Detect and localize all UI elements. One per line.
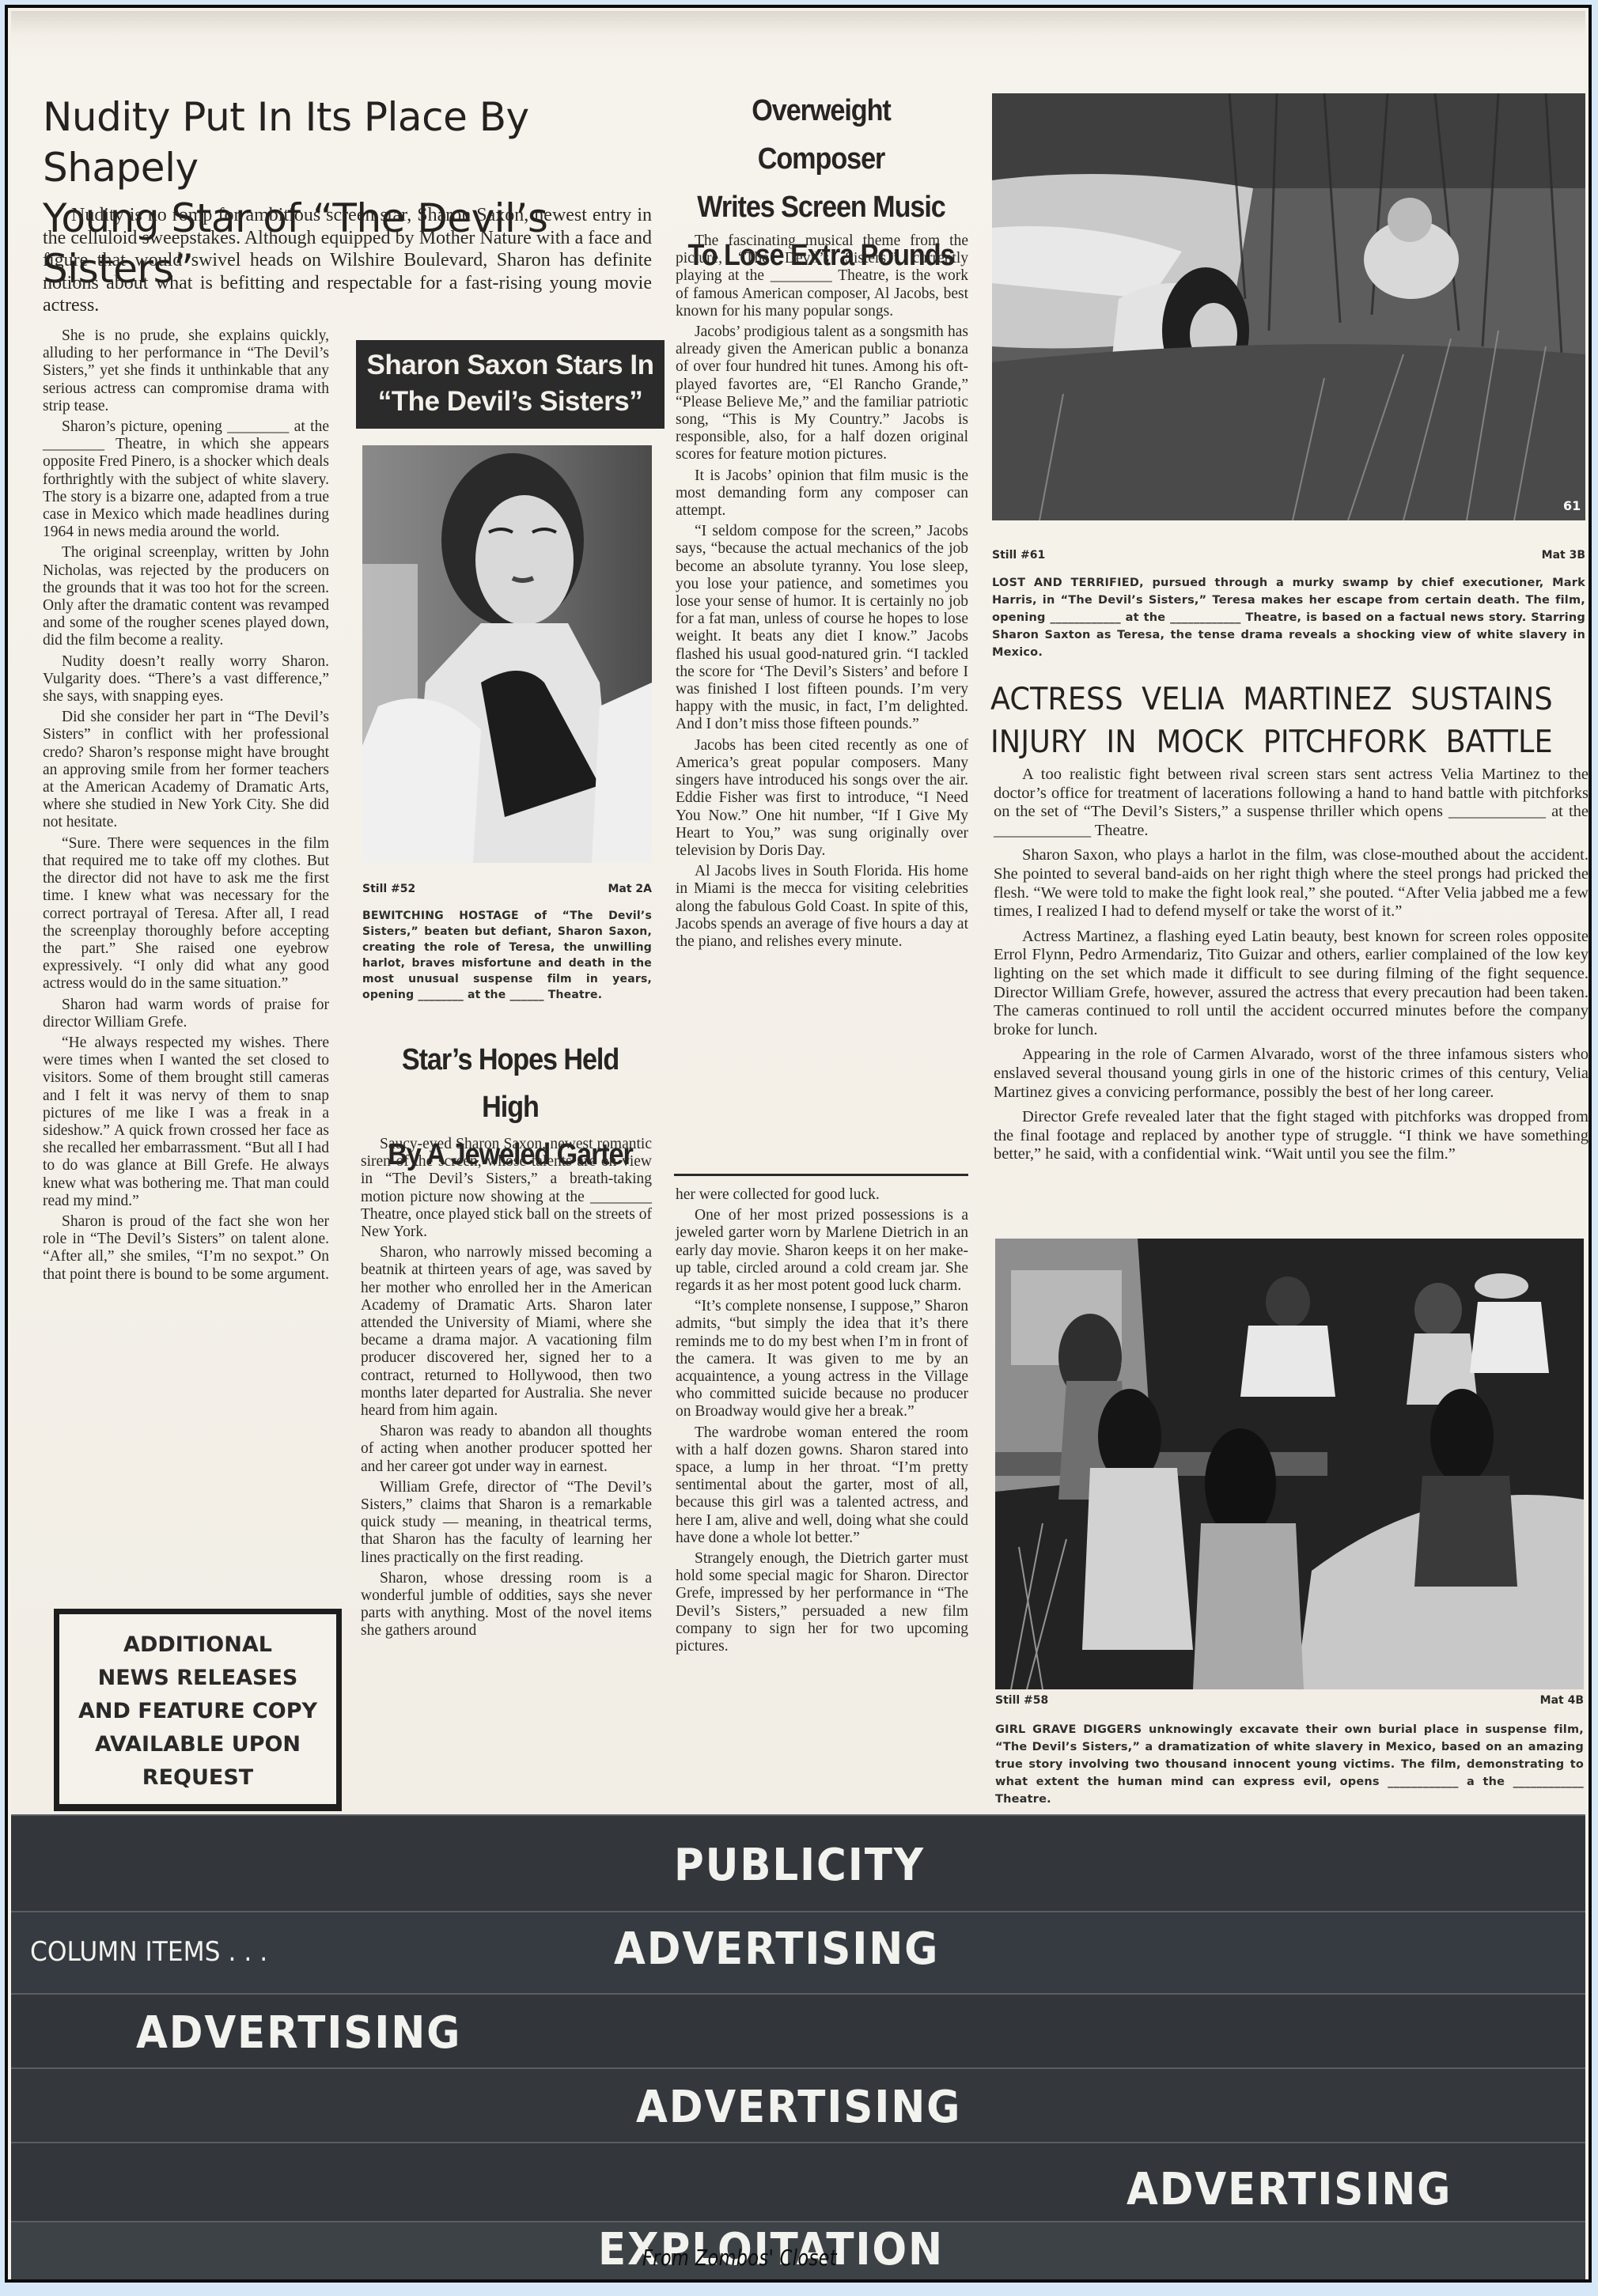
paragraph: The wardrobe woman entered the room with… <box>676 1424 968 1547</box>
still-58-label-row: Still #58 Mat 4B <box>995 1694 1584 1707</box>
paragraph: Jacobs has been cited recently as one of… <box>676 737 968 860</box>
paragraph: Jacobs’ prodigious talent as a songsmith… <box>676 323 968 464</box>
column-divider-rule <box>674 1174 968 1176</box>
tab-advertising-4[interactable]: ADVERTISING <box>11 2142 1585 2221</box>
paragraph: Nudity doesn’t really worry Sharon. Vulg… <box>43 653 329 706</box>
column-items-label: COLUMN ITEMS . . . <box>30 1936 267 1968</box>
mat-number: Mat 4B <box>1540 1694 1584 1707</box>
tab-advertising-1[interactable]: COLUMN ITEMS . . . ADVERTISING <box>11 1911 1585 1993</box>
paragraph: Actress Martinez, a flashing eyed Latin … <box>994 928 1589 1040</box>
garter-body-continued: her were collected for good luck. One of… <box>676 1186 968 1659</box>
headline-velia-martinez: ACTRESS VELIA MARTINEZ SUSTAINS INJURY I… <box>990 679 1553 764</box>
paragraph: The fascinating musical theme from the p… <box>676 233 968 320</box>
swamp-image <box>992 93 1585 520</box>
paragraph: Saucy-eyed Sharon Saxon, newest romantic… <box>361 1136 652 1241</box>
still-58-caption: GIRL GRAVE DIGGERS unknowingly excavate … <box>995 1721 1584 1808</box>
still-61-caption: LOST AND TERRIFIED, pursued through a mu… <box>992 574 1585 661</box>
paragraph: Sharon, who narrowly missed becoming a b… <box>361 1244 652 1420</box>
tab-label: ADVERTISING <box>636 2082 961 2133</box>
portrait-image <box>362 445 652 863</box>
still-52-label-row: Still #52 Mat 2A <box>362 883 652 895</box>
paragraph: “It’s complete nonsense, I suppose,” Sha… <box>676 1298 968 1420</box>
paragraph: One of her most prized possessions is a … <box>676 1207 968 1295</box>
composer-body: The fascinating musical theme from the p… <box>676 233 968 954</box>
mat-number: Mat 2A <box>608 883 652 895</box>
watermark-credit: From Zombos' Closet <box>642 2245 837 2271</box>
paragraph: Sharon Saxon, who plays a harlot in the … <box>994 846 1589 921</box>
tab-advertising-3[interactable]: ADVERTISING <box>11 2067 1585 2142</box>
photo-number-61: 61 <box>1563 498 1581 513</box>
tab-label: PUBLICITY <box>674 1840 925 1891</box>
paragraph: “He always respected my wishes. There we… <box>43 1035 329 1210</box>
paragraph: “Sure. There were sequences in the film … <box>43 835 329 993</box>
paragraph: A too realistic fight between rival scre… <box>994 766 1589 840</box>
still-52-caption: BEWITCHING HOSTAGE of “The Devil’s Siste… <box>362 908 652 1003</box>
paragraph: Strangely enough, the Dietrich garter mu… <box>676 1550 968 1655</box>
tab-publicity[interactable]: PUBLICITY <box>11 1814 1585 1911</box>
paragraph: her were collected for good luck. <box>676 1186 968 1204</box>
velia-body: A too realistic fight between rival scre… <box>994 766 1589 1171</box>
mat-number: Mat 3B <box>1542 549 1585 562</box>
nudity-body: She is no prude, she explains quickly, a… <box>43 327 329 1287</box>
nudity-lede: Nudity is no romp for ambitious screen s… <box>43 204 652 317</box>
paragraph: Al Jacobs lives in South Florida. His ho… <box>676 863 968 951</box>
still-61-label-row: Still #61 Mat 3B <box>992 549 1585 562</box>
paragraph: Director Grefe revealed later that the f… <box>994 1108 1589 1164</box>
photo-swamp-escape <box>992 93 1585 520</box>
paragraph: Sharon’s picture, opening ________ at th… <box>43 418 329 541</box>
photo-girl-grave-diggers <box>995 1239 1584 1689</box>
paragraph: It is Jacobs’ opinion that film music is… <box>676 467 968 520</box>
garter-body: Saucy-eyed Sharon Saxon, newest romantic… <box>361 1136 652 1644</box>
sharon-stars-banner: Sharon Saxon Stars In “The Devil’s Siste… <box>356 340 665 429</box>
tab-label: ADVERTISING <box>136 2007 461 2059</box>
tab-label: ADVERTISING <box>614 1923 939 1975</box>
paragraph: “I seldom compose for the screen,” Jacob… <box>676 523 968 733</box>
photo-sharon-saxon-portrait <box>362 445 652 863</box>
paragraph: Sharon had warm words of praise for dire… <box>43 997 329 1031</box>
tab-advertising-2[interactable]: ADVERTISING <box>11 1993 1585 2067</box>
paragraph: Sharon, whose dressing room is a wonderf… <box>361 1570 652 1640</box>
paragraph: She is no prude, she explains quickly, a… <box>43 327 329 415</box>
still-number: Still #58 <box>995 1694 1048 1707</box>
tab-label: ADVERTISING <box>1127 2164 1452 2215</box>
paragraph: Did she consider her part in “The Devil’… <box>43 709 329 831</box>
info-box-additional-releases: ADDITIONAL NEWS RELEASES AND FEATURE COP… <box>54 1609 342 1811</box>
still-number: Still #52 <box>362 883 415 895</box>
paragraph: The original screenplay, written by John… <box>43 544 329 649</box>
paragraph: William Grefe, director of “The Devil’s … <box>361 1479 652 1567</box>
paragraph: Sharon is proud of the fact she won her … <box>43 1213 329 1284</box>
pressbook-page: Nudity Put In Its Place By Shapely Young… <box>5 5 1592 2283</box>
paragraph: Sharon was ready to abandon all thoughts… <box>361 1423 652 1476</box>
still-number: Still #61 <box>992 549 1045 562</box>
paragraph: Appearing in the role of Carmen Alvarado… <box>994 1046 1589 1102</box>
grave-diggers-image <box>995 1239 1584 1689</box>
